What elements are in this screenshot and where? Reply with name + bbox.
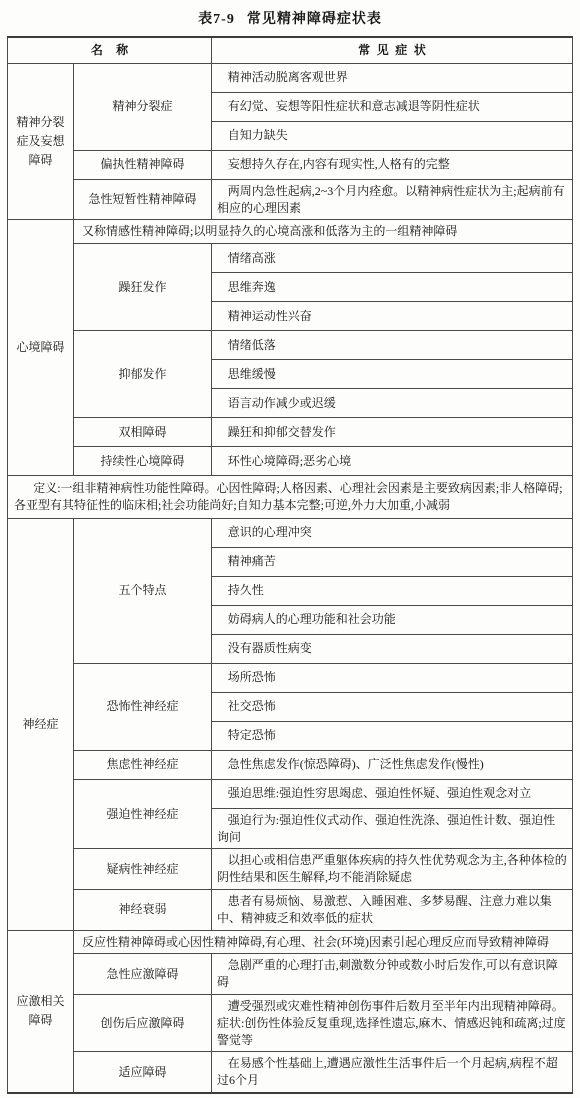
name-cell: 恐怖性神经症 (74, 663, 212, 750)
table-row: 抑郁发作 情绪低落 (8, 331, 573, 360)
category-cell: 神经症 (8, 518, 74, 930)
name-cell: 神经衰弱 (74, 889, 212, 930)
symptom-cell: 精神痛苦 (212, 547, 573, 576)
category-cell: 应激相关障碍 (8, 930, 74, 1093)
symptom-cell: 意识的心理冲突 (212, 518, 573, 547)
symptom-cell: 思维奔逸 (212, 273, 573, 302)
symptom-cell: 社交恐怖 (212, 692, 573, 721)
name-cell: 焦虑性神经症 (74, 750, 212, 779)
symptom-cell: 语言动作减少或迟缓 (212, 389, 573, 418)
symptom-cell: 思维缓慢 (212, 360, 573, 389)
name-cell: 精神分裂症 (74, 63, 212, 150)
name-cell: 持续性心境障碍 (74, 447, 212, 476)
table-row: 持续性心境障碍 环性心境障碍;恶劣心境 (8, 447, 573, 476)
symptom-cell: 精神活动脱离客观世界 (212, 63, 573, 92)
table-number: 表7-9 (198, 12, 235, 27)
name-cell: 适应障碍 (74, 1052, 212, 1093)
section-note-cell: 又称情感性精神障碍;以明显持久的心境高涨和低落为主的一组精神障碍 (74, 220, 573, 244)
symptom-cell: 患者有易烦恼、易激惹、入睡困难、多梦易醒、注意力难以集中、精神疲乏和效率低的症状 (212, 889, 573, 930)
name-cell: 疑病性神经症 (74, 849, 212, 890)
symptom-cell: 自知力缺失 (212, 121, 573, 150)
name-cell: 强迫性神经症 (74, 779, 212, 849)
symptom-cell: 急剧严重的心理打击,刺激数分钟或数小时后发作,可以有意识障碍 (212, 954, 573, 995)
symptom-cell: 情绪低落 (212, 331, 573, 360)
symptom-cell: 妨碍病人的心理功能和社会功能 (212, 605, 573, 634)
table-row: 神经症 五个特点 意识的心理冲突 (8, 518, 573, 547)
section-note-cell: 反应性精神障碍或心因性精神障碍,有心理、社会(环境)因素引起心理反应而导致精神障… (74, 930, 573, 954)
name-cell: 抑郁发作 (74, 331, 212, 418)
table-row: 焦虑性神经症 急性焦虑发作(惊恐障碍)、广泛性焦虑发作(慢性) (8, 750, 573, 779)
table-row: 疑病性神经症 以担心或相信患严重躯体疾病的持久性优势观念为主,各种体检的阴性结果… (8, 849, 573, 890)
symptom-table: 名称 常见症状 精神分裂症及妄想障碍 精神分裂症 精神活动脱离客观世界 有幻觉、… (7, 36, 573, 1094)
symptom-cell: 持久性 (212, 576, 573, 605)
symptom-cell: 两周内急性起病,2~3个月内痊愈。以精神病性症状为主;起病前有相应的心理因素 (212, 179, 573, 220)
category-cell: 心境障碍 (8, 220, 74, 476)
table-row: 精神分裂症及妄想障碍 精神分裂症 精神活动脱离客观世界 (8, 63, 573, 92)
table-row: 双相障碍 躁狂和抑郁交替发作 (8, 418, 573, 447)
symptom-cell: 环性心境障碍;恶劣心境 (212, 447, 573, 476)
symptom-cell: 在易感个性基础上,遭遇应激性生活事件后一个月起病,病程不超过6个月 (212, 1052, 573, 1093)
table-row: 创伤后应激障碍 遭受强烈或灾难性精神创伤事件后数月至半年内出现精神障碍。症状:创… (8, 994, 573, 1051)
header-symptoms: 常见症状 (212, 37, 573, 63)
symptom-cell: 场所恐怖 (212, 663, 573, 692)
name-cell: 躁狂发作 (74, 244, 212, 331)
symptom-cell: 躁狂和抑郁交替发作 (212, 418, 573, 447)
symptom-cell: 情绪高涨 (212, 244, 573, 273)
table-row: 恐怖性神经症 场所恐怖 (8, 663, 573, 692)
name-cell: 偏执性精神障碍 (74, 150, 212, 179)
symptom-cell: 有幻觉、妄想等阳性症状和意志减退等阴性症状 (212, 92, 573, 121)
header-name: 名称 (8, 37, 212, 63)
symptom-cell: 强迫思维:强迫性穷思竭虑、强迫性怀疑、强迫性观念对立 (212, 779, 573, 808)
table-row: 应激相关障碍 反应性精神障碍或心因性精神障碍,有心理、社会(环境)因素引起心理反… (8, 930, 573, 954)
table-row: 急性应激障碍 急剧严重的心理打击,刺激数分钟或数小时后发作,可以有意识障碍 (8, 954, 573, 995)
name-cell: 双相障碍 (74, 418, 212, 447)
symptom-cell: 急性焦虑发作(惊恐障碍)、广泛性焦虑发作(慢性) (212, 750, 573, 779)
table-row: 心境障碍 又称情感性精神障碍;以明显持久的心境高涨和低落为主的一组精神障碍 (8, 220, 573, 244)
symptom-cell: 以担心或相信患严重躯体疾病的持久性优势观念为主,各种体检的阴性结果和医生解释,均… (212, 849, 573, 890)
symptom-cell: 特定恐怖 (212, 721, 573, 750)
symptom-cell: 没有器质性病变 (212, 634, 573, 663)
symptom-cell: 精神运动性兴奋 (212, 302, 573, 331)
symptom-cell: 强迫行为:强迫性仪式动作、强迫性洗涤、强迫性计数、强迫性询问 (212, 808, 573, 849)
symptom-cell: 遭受强烈或灾难性精神创伤事件后数月至半年内出现精神障碍。症状:创伤性体验反复重现… (212, 994, 573, 1051)
table-row: 躁狂发作 情绪高涨 (8, 244, 573, 273)
category-cell: 精神分裂症及妄想障碍 (8, 63, 74, 220)
name-cell: 五个特点 (74, 518, 212, 663)
table-header-row: 名称 常见症状 (8, 37, 573, 63)
table-row: 偏执性精神障碍 妄想持久存在,内容有现实性,人格有的完整 (8, 150, 573, 179)
definition-cell: 定义:一组非精神病性功能性障碍。心因性障碍;人格因素、心理社会因素是主要致病因素… (8, 476, 573, 519)
table-row: 神经衰弱 患者有易烦恼、易激惹、入睡困难、多梦易醒、注意力难以集中、精神疲乏和效… (8, 889, 573, 930)
page-title: 表7-9常见精神障碍症状表 (7, 8, 573, 28)
table-row: 定义:一组非精神病性功能性障碍。心因性障碍;人格因素、心理社会因素是主要致病因素… (8, 476, 573, 519)
symptom-cell: 妄想持久存在,内容有现实性,人格有的完整 (212, 150, 573, 179)
table-row: 强迫性神经症 强迫思维:强迫性穷思竭虑、强迫性怀疑、强迫性观念对立 (8, 779, 573, 808)
table-row: 适应障碍 在易感个性基础上,遭遇应激性生活事件后一个月起病,病程不超过6个月 (8, 1052, 573, 1093)
table-title-text: 常见精神障碍症状表 (247, 12, 382, 27)
name-cell: 创伤后应激障碍 (74, 994, 212, 1051)
scanned-page: 表7-9常见精神障碍症状表 名称 常见症状 精神分裂症及妄想障碍 精神分裂症 精… (0, 0, 580, 1098)
table-row: 急性短暂性精神障碍 两周内急性起病,2~3个月内痊愈。以精神病性症状为主;起病前… (8, 179, 573, 220)
name-cell: 急性应激障碍 (74, 954, 212, 995)
name-cell: 急性短暂性精神障碍 (74, 179, 212, 220)
